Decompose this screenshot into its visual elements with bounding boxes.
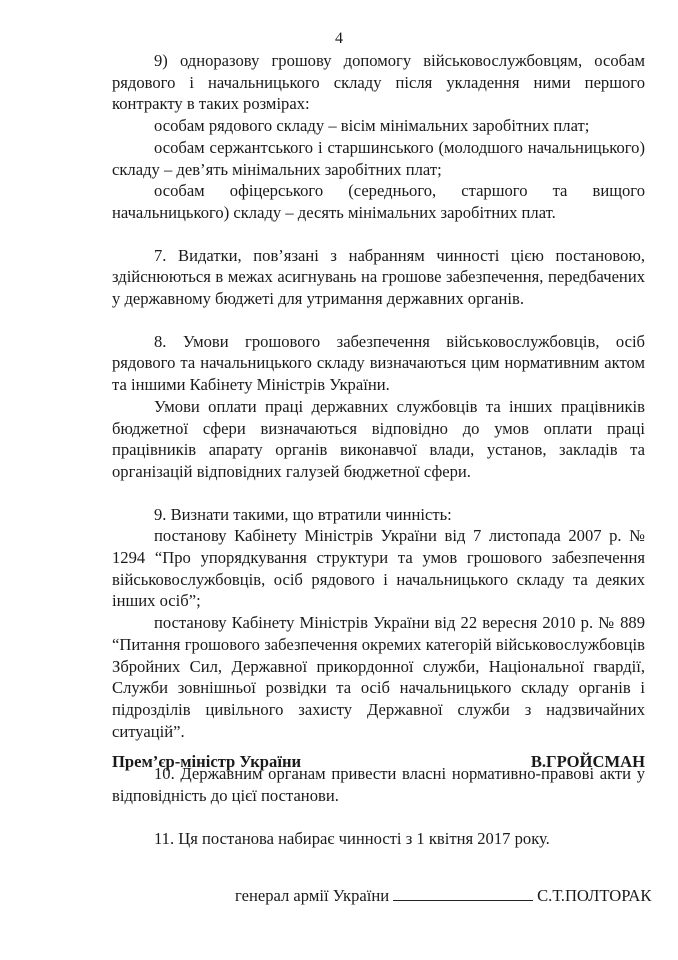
signatory-name: В.ГРОЙСМАН: [531, 752, 645, 772]
item-9-sub-section: 9) одноразову грошову допомогу військово…: [112, 50, 645, 224]
clause-9: 9. Визнати такими, що втратили чинність:…: [112, 504, 645, 743]
paragraph: 11. Ця постанова набирає чинності з 1 кв…: [112, 828, 645, 850]
signature-line: [393, 886, 533, 901]
paragraph: особам офіцерського (середнього, старшог…: [112, 180, 645, 223]
paragraph: Умови оплати праці державних службовців …: [112, 396, 645, 483]
clause-11: 11. Ця постанова набирає чинності з 1 кв…: [112, 828, 645, 850]
paragraph: 7. Видатки, пов’язані з набранням чиннос…: [112, 245, 645, 310]
page-number: 4: [0, 30, 678, 48]
signature-block: Прем’єр-міністр України В.ГРОЙСМАН: [112, 752, 645, 772]
endorsement-block: генерал армії УкраїниС.Т.ПОЛТОРАК: [235, 886, 651, 906]
paragraph: 9) одноразову грошову допомогу військово…: [112, 50, 645, 115]
endorser-title: генерал армії України: [235, 886, 389, 905]
paragraph: постанову Кабінету Міністрів України від…: [112, 612, 645, 742]
paragraph: 9. Визнати такими, що втратили чинність:: [112, 504, 645, 526]
paragraph: особам сержантського і старшинського (мо…: [112, 137, 645, 180]
endorser-name: С.Т.ПОЛТОРАК: [537, 886, 651, 905]
document-body: 9) одноразову грошову допомогу військово…: [112, 50, 645, 850]
clause-8: 8. Умови грошового забезпечення військов…: [112, 331, 645, 483]
paragraph: 8. Умови грошового забезпечення військов…: [112, 331, 645, 396]
paragraph: особам рядового складу – вісім мінімальн…: [112, 115, 645, 137]
paragraph: постанову Кабінету Міністрів України від…: [112, 525, 645, 612]
clause-7: 7. Видатки, пов’язані з набранням чиннос…: [112, 245, 645, 310]
signatory-title: Прем’єр-міністр України: [112, 752, 301, 772]
